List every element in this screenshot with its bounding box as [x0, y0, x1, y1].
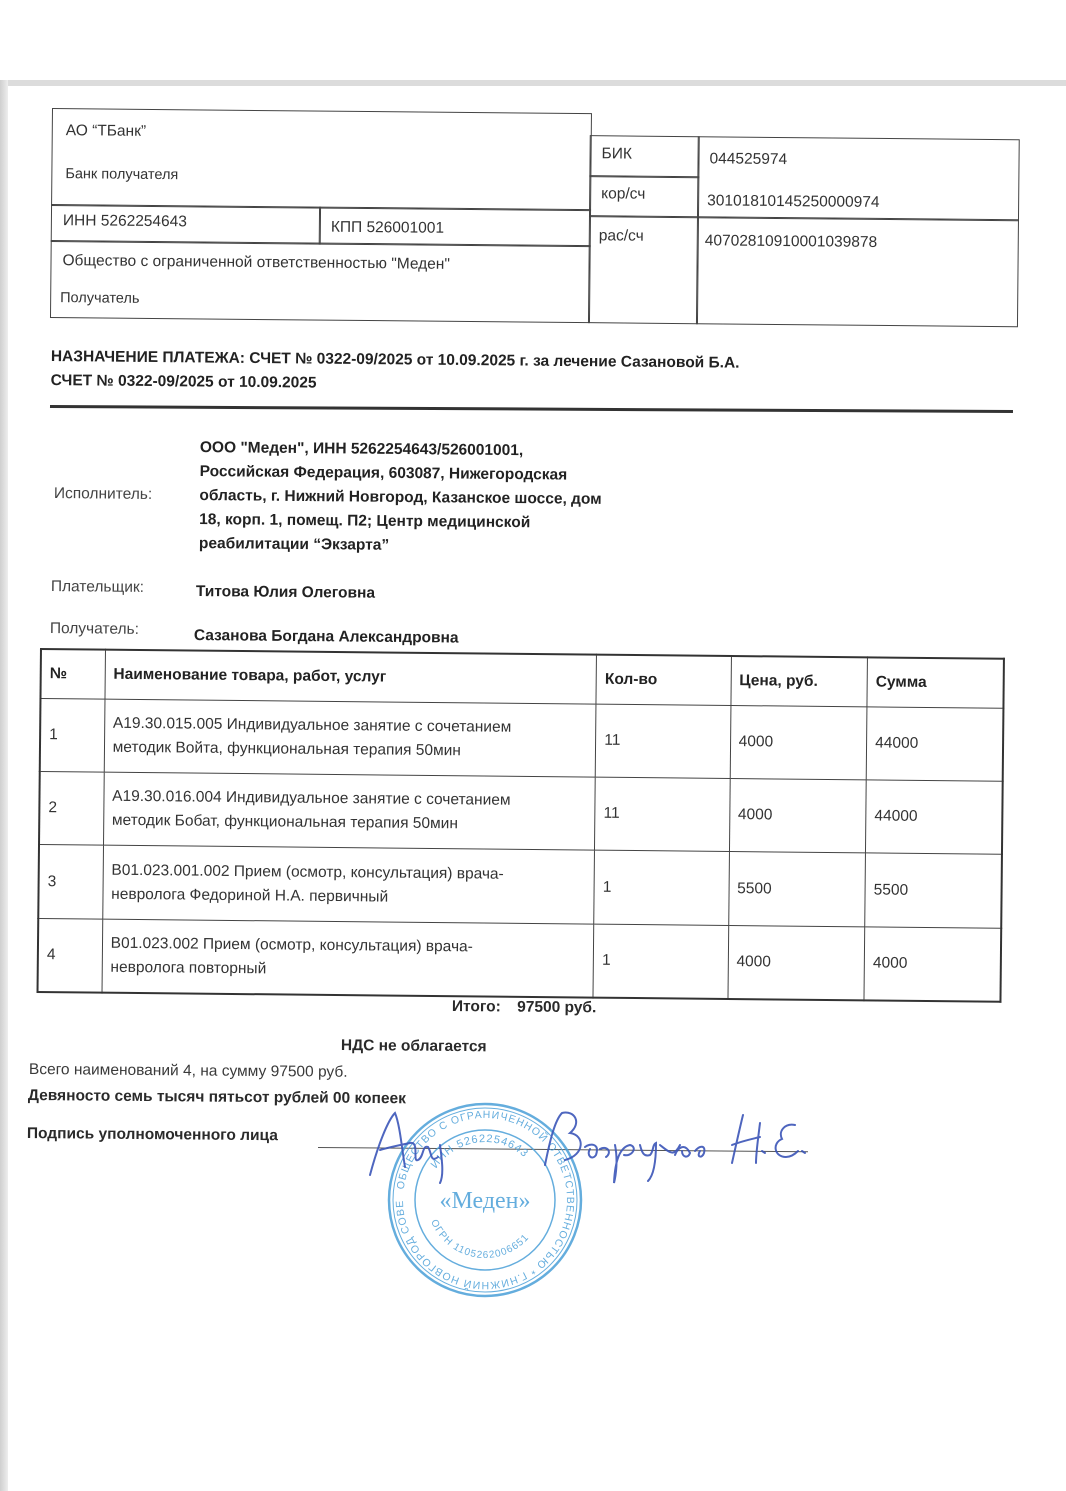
total-value: 97500 руб.: [517, 999, 596, 1017]
row-price: 4000: [730, 705, 867, 780]
col-header-price: Цена, руб.: [731, 656, 868, 707]
row-price: 4000: [728, 925, 865, 1000]
payer-value: Титова Юлия Олеговна: [196, 583, 375, 602]
table-row: 2 A19.30.016.004 Индивидуальное занятие …: [39, 772, 1003, 855]
account-label: рас/сч: [599, 227, 644, 245]
executor-details: ООО "Меден", ИНН 5262254643/526001001, Р…: [199, 436, 602, 560]
col-header-qty: Кол-во: [596, 655, 731, 706]
payment-purpose: НАЗНАЧЕНИЕ ПЛАТЕЖА: СЧЕТ № 0322-09/2025 …: [51, 345, 740, 400]
bank-details-table: АО “ТБанк” Банк получателя ИНН 526225464…: [50, 108, 1018, 353]
amount-in-words: Девяносто семь тысяч пятьсот рублей 00 к…: [28, 1087, 406, 1108]
table-row: 3 B01.023.001.002 Прием (осмотр, консуль…: [38, 845, 1002, 928]
row-price: 4000: [729, 779, 866, 854]
bik-label: БИК: [601, 145, 632, 163]
row-name: A19.30.016.004 Индивидуальное занятие с …: [103, 772, 595, 850]
recipient-value: Сазанова Богдана Александровна: [194, 627, 459, 647]
payer-label: Плательщик:: [51, 578, 144, 596]
stamp-ogrn-text: ОГРН 1105262006651: [428, 1218, 531, 1261]
row-price: 5500: [728, 852, 865, 927]
svg-text:ОГРН 1105262006651: ОГРН 1105262006651: [428, 1218, 531, 1261]
row-num: 3: [38, 845, 103, 919]
executor-line-5: реабилитации “Экзарта”: [199, 532, 601, 560]
recipient-value-wrap: Сазанова Богдана Александровна: [194, 624, 459, 651]
kpp-value: КПП 526001001: [331, 219, 444, 238]
handwritten-signature-icon: [360, 1105, 820, 1185]
total-row: Итого: 97500 руб.: [452, 998, 597, 1017]
corr-value: 30101810145250000974: [707, 192, 880, 212]
bank-name: АО “ТБанк”: [66, 122, 146, 141]
row-sum: 44000: [866, 707, 1003, 782]
bank-label: Банк получателя: [65, 166, 178, 183]
row-sum: 5500: [865, 853, 1002, 928]
recipient-name: Общество с ограниченной ответственностью…: [62, 252, 450, 274]
row-name: B01.023.001.002 Прием (осмотр, консульта…: [102, 846, 594, 924]
total-label: Итого:: [452, 998, 501, 1015]
recipient-label: Получатель: [60, 290, 139, 307]
executor-label: Исполнитель:: [54, 482, 153, 507]
items-summary: Всего наименований 4, на сумму 97500 руб…: [29, 1061, 348, 1082]
row-qty: 11: [595, 777, 730, 852]
row-qty: 1: [594, 851, 729, 926]
vat-note: НДС не облагается: [341, 1037, 487, 1056]
col-header-name: Наименование товара, работ, услуг: [105, 650, 597, 704]
row-sum: 44000: [866, 780, 1003, 855]
corr-label: кор/сч: [601, 185, 645, 203]
table-row: 1 A19.30.015.005 Индивидуальное занятие …: [40, 699, 1004, 782]
recipient-row: Получатель:: [50, 617, 139, 642]
row-name: A19.30.015.005 Индивидуальное занятие с …: [104, 699, 596, 777]
payer-row: Плательщик:: [51, 575, 144, 600]
signature-label: Подпись уполномоченного лица: [27, 1125, 278, 1145]
recipient-label: Получатель:: [50, 620, 139, 638]
bik-value: 044525974: [709, 150, 787, 169]
row-sum: 4000: [864, 926, 1001, 1001]
col-header-num: №: [40, 649, 105, 699]
row-qty: 11: [595, 704, 730, 779]
page-left-edge: [0, 80, 8, 1491]
inn-value: ИНН 5262254643: [63, 212, 187, 231]
row-qty: 1: [593, 924, 728, 999]
table-row: 4 B01.023.002 Прием (осмотр, консультаци…: [38, 918, 1002, 1002]
row-num: 4: [38, 918, 103, 993]
row-name: B01.023.002 Прием (осмотр, консультация)…: [102, 919, 594, 998]
col-header-sum: Сумма: [867, 657, 1004, 708]
viewer-top-area: [0, 0, 1066, 80]
items-table: № Наименование товара, работ, услуг Кол-…: [37, 648, 1005, 1003]
account-value: 40702810910001039878: [705, 232, 878, 252]
stamp-center-text: «Меден»: [439, 1188, 530, 1214]
row-num: 2: [39, 772, 104, 846]
payer-value-wrap: Титова Юлия Олеговна: [196, 580, 375, 606]
row-num: 1: [40, 699, 105, 773]
